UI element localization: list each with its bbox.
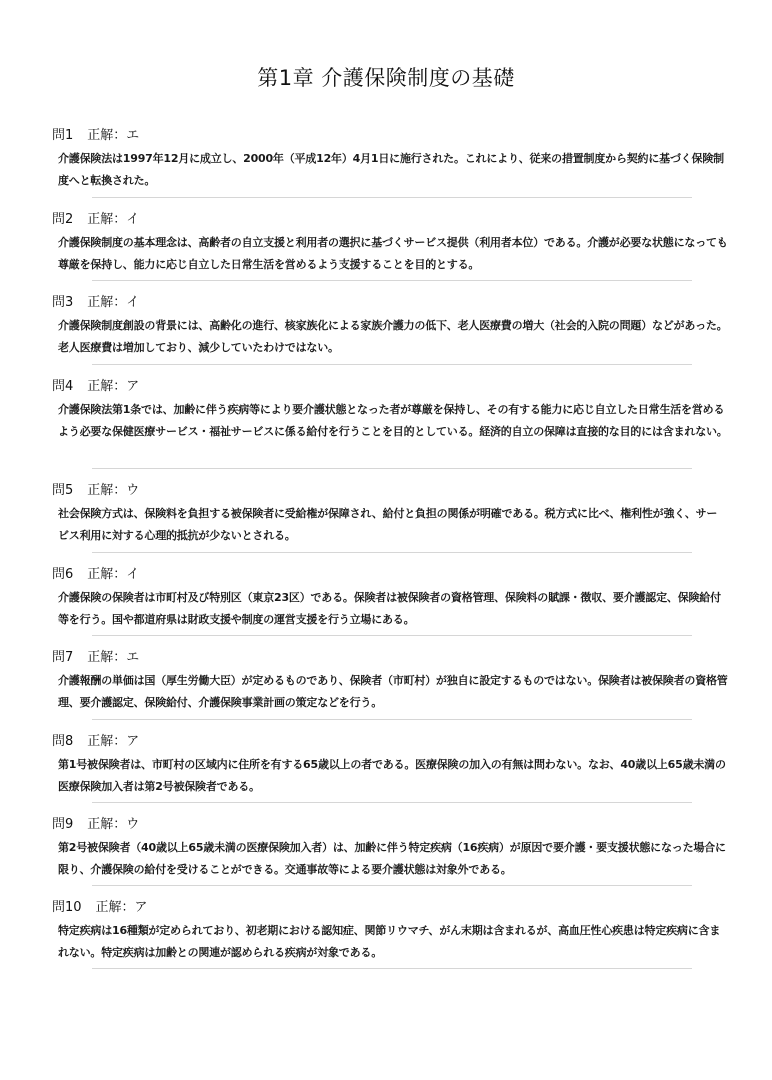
question-header: 問6正解：イ (52, 563, 139, 582)
question-header: 問3正解：イ (52, 291, 139, 310)
correct-answer: 正解：ア (87, 375, 139, 394)
question-number: 問9 (52, 813, 73, 832)
explanation-text: 介護保険制度の基本理念は、高齢者の自立支援と利用者の選択に基づくサービス提供（利… (58, 232, 728, 276)
correct-answer: 正解：ウ (87, 813, 139, 832)
question-number: 問8 (52, 730, 73, 749)
divider (92, 802, 692, 803)
correct-answer: 正解：イ (87, 563, 139, 582)
explanation-text: 第2号被保険者（40歳以上65歳未満の医療保険加入者）は、加齢に伴う特定疾病（1… (58, 837, 728, 881)
question-number: 問10 (52, 896, 82, 915)
correct-answer: 正解：エ (87, 646, 139, 665)
correct-answer: 正解：イ (87, 208, 139, 227)
question-number: 問4 (52, 375, 73, 394)
divider (92, 635, 692, 636)
question-header: 問1正解：エ (52, 124, 139, 143)
explanation-text: 介護報酬の単価は国（厚生労働大臣）が定めるものであり、保険者（市町村）が独自に設… (58, 670, 728, 714)
correct-answer: 正解：ア (87, 730, 139, 749)
divider (92, 468, 692, 469)
explanation-text: 社会保険方式は、保険料を負担する被保険者に受給権が保障され、給付と負担の関係が明… (58, 503, 728, 547)
divider (92, 280, 692, 281)
divider (92, 364, 692, 365)
page-title: 第1章 介護保険制度の基礎 (0, 62, 772, 92)
divider (92, 719, 692, 720)
explanation-text: 介護保険の保険者は市町村及び特別区（東京23区）である。保険者は被保険者の資格管… (58, 587, 728, 631)
explanation-text: 第1号被保険者は、市町村の区域内に住所を有する65歳以上の者である。医療保険の加… (58, 754, 728, 798)
correct-answer: 正解：エ (87, 124, 139, 143)
question-header: 問2正解：イ (52, 208, 139, 227)
question-number: 問5 (52, 479, 73, 498)
document-page: 第1章 介護保険制度の基礎 問1正解：エ 介護保険法は1997年12月に成立し、… (0, 0, 772, 1080)
correct-answer: 正解：ア (96, 896, 148, 915)
explanation-text: 介護保険法は1997年12月に成立し、2000年（平成12年）4月1日に施行され… (58, 148, 728, 192)
explanation-text: 介護保険法第1条では、加齢に伴う疾病等により要介護状態となった者が尊厳を保持し、… (58, 399, 728, 443)
question-number: 問6 (52, 563, 73, 582)
question-header: 問8正解：ア (52, 730, 139, 749)
explanation-text: 特定疾病は16種類が定められており、初老期における認知症、関節リウマチ、がん末期… (58, 920, 728, 964)
question-number: 問2 (52, 208, 73, 227)
correct-answer: 正解：ウ (87, 479, 139, 498)
question-number: 問1 (52, 124, 73, 143)
question-number: 問3 (52, 291, 73, 310)
question-header: 問10正解：ア (52, 896, 148, 915)
question-header: 問4正解：ア (52, 375, 139, 394)
divider (92, 197, 692, 198)
divider (92, 552, 692, 553)
question-header: 問5正解：ウ (52, 479, 139, 498)
question-header: 問9正解：ウ (52, 813, 139, 832)
divider (92, 968, 692, 969)
divider (92, 885, 692, 886)
question-number: 問7 (52, 646, 73, 665)
correct-answer: 正解：イ (87, 291, 139, 310)
explanation-text: 介護保険制度創設の背景には、高齢化の進行、核家族化による家族介護力の低下、老人医… (58, 315, 728, 359)
question-header: 問7正解：エ (52, 646, 139, 665)
